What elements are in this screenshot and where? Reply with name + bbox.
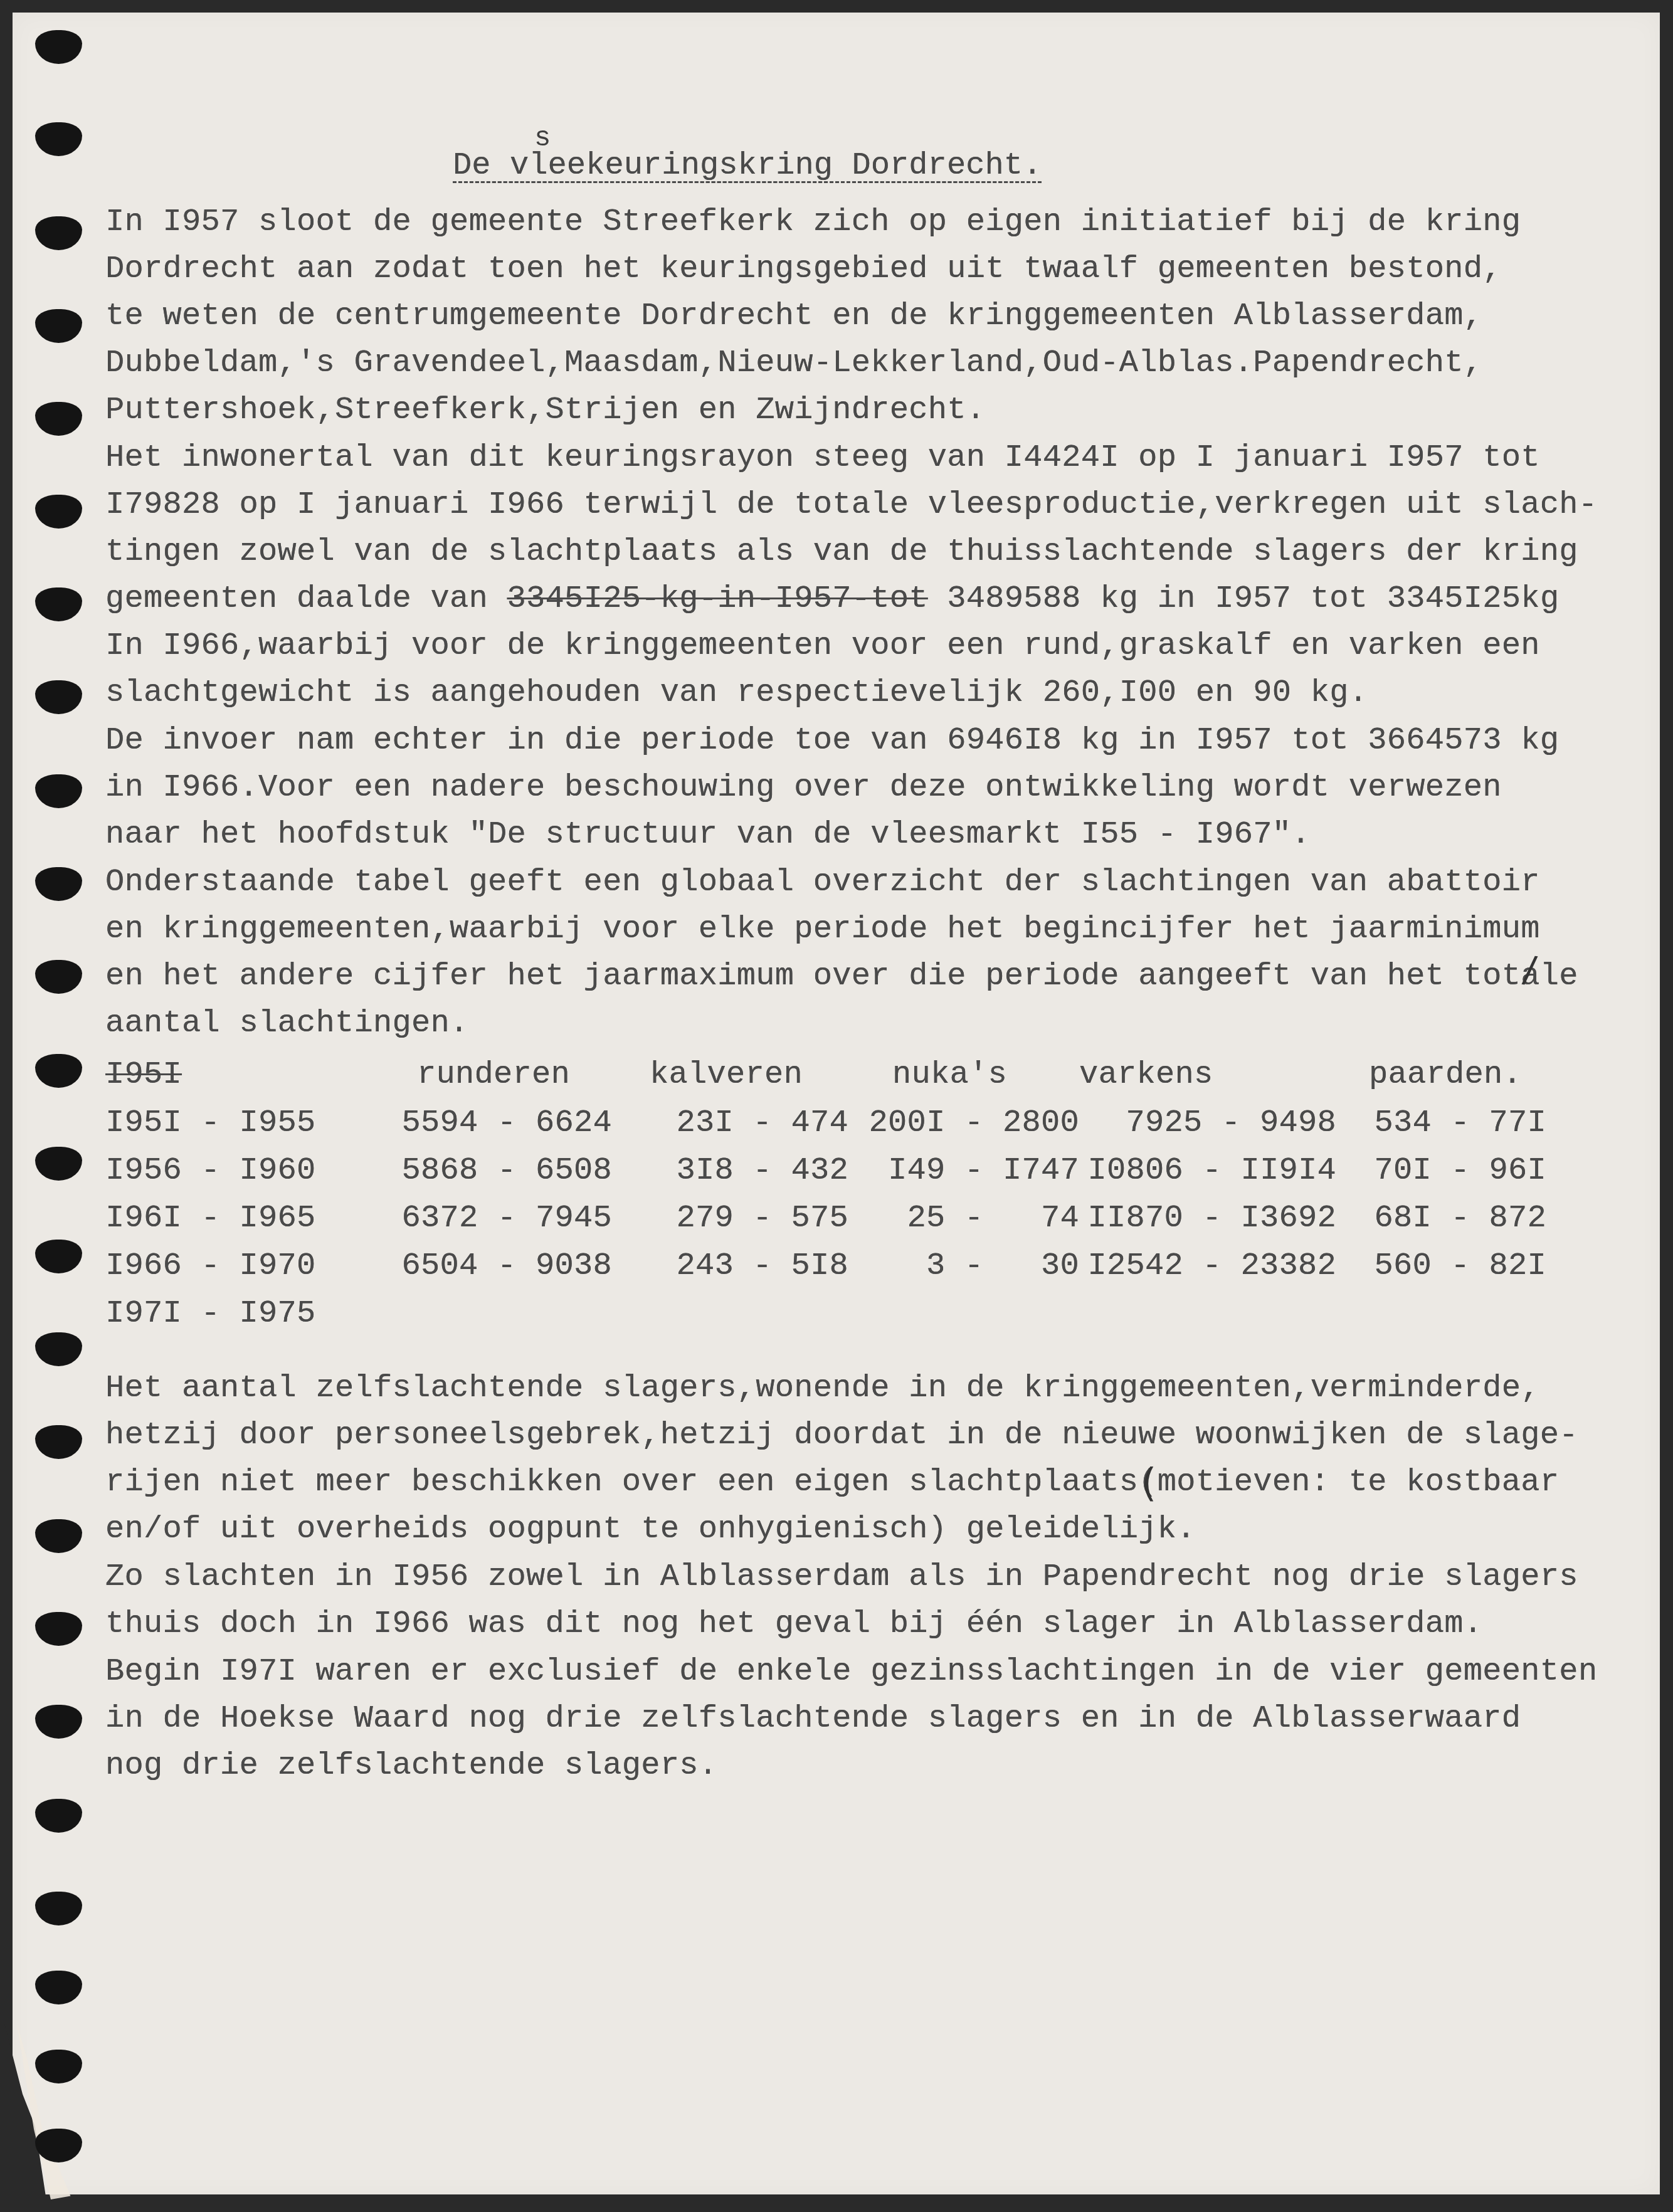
- table-cell-kalveren: 279 - 575: [620, 1203, 848, 1235]
- paper-sheet: [13, 13, 1660, 2194]
- p1-line: Dubbeldam,'s Gravendeel,Maasdam,Nieuw-Le…: [105, 348, 1482, 380]
- table-cell-nukas: 3 - 30: [845, 1251, 1079, 1283]
- table-row: I95I - I9555594 - 662423I - 474200I - 28…: [105, 1108, 1548, 1145]
- p2-line: In I966,waarbij voor de kringgemeenten v…: [105, 631, 1540, 663]
- table-cell-paarden: 534 - 77I: [1369, 1108, 1546, 1140]
- p1-line: Puttershoek,Streefkerk,Strijen en Zwijnd…: [105, 395, 985, 427]
- table-cell-period: I956 - I960: [105, 1156, 325, 1188]
- p7-line: Begin I97I waren er exclusief de enkele …: [105, 1656, 1597, 1688]
- table-cell-varkens: 7925 - 9498: [1079, 1108, 1336, 1140]
- table-cell-paarden: 560 - 82I: [1369, 1251, 1546, 1283]
- column-header: paarden.: [1369, 1060, 1522, 1092]
- table-header-row: I95I runderen kalveren nuka's varkens pa…: [105, 1060, 1548, 1097]
- p5-line: Het aantal zelfslachtende slagers,wonend…: [105, 1373, 1540, 1405]
- table-cell-varkens: II870 - I3692: [1079, 1203, 1336, 1235]
- p7-line: in de Hoekse Waard nog drie zelfslachten…: [105, 1704, 1521, 1735]
- column-header: varkens: [1079, 1060, 1213, 1092]
- document-body: In I957 sloot de gemeente Streefkerk zic…: [105, 0, 182, 1787]
- struck-text: 3345I25-kg-in-I957-tot: [507, 581, 928, 617]
- table-cell-period: I966 - I970: [105, 1251, 325, 1283]
- column-header: nuka's: [892, 1060, 1007, 1092]
- table-cell-runderen: 5594 - 6624: [320, 1108, 612, 1140]
- p6-line: Zo slachten in I956 zowel in Alblasserda…: [105, 1562, 1578, 1594]
- p3-line: De invoer nam echter in die periode toe …: [105, 725, 1559, 757]
- p2-text: gemeenten daalde van: [105, 581, 507, 617]
- struck-header: I95I: [105, 1060, 182, 1092]
- p2-line: I79828 op I januari I966 terwijl de tota…: [105, 490, 1597, 522]
- handwritten-paren-mark: (: [1141, 1460, 1156, 1505]
- p1-line: Dordrecht aan zodat toen het keuringsgeb…: [105, 254, 1502, 286]
- p4-line: aantal slachtingen.: [105, 1008, 469, 1040]
- p2-line: slachtgewicht is aangehouden van respect…: [105, 678, 1368, 710]
- table-cell-paarden: 70I - 96I: [1369, 1156, 1546, 1188]
- p2-text: 3489588 kg in I957 tot 3345I25kg: [928, 581, 1560, 617]
- p5-line: hetzij door personeelsgebrek,hetzij door…: [105, 1420, 1578, 1452]
- table-cell-nukas: I49 - I747: [845, 1156, 1079, 1188]
- column-header: runderen: [417, 1060, 570, 1092]
- title-correction-mark: s: [534, 123, 551, 154]
- p4-line: en kringgemeenten,waarbij voor elke peri…: [105, 914, 1540, 946]
- table-cell-runderen: 6504 - 9038: [320, 1251, 612, 1283]
- table-row: I97I - I975: [105, 1298, 1548, 1336]
- p7-line: nog drie zelfslachtende slagers.: [105, 1751, 717, 1783]
- table-cell-paarden: 68I - 872: [1369, 1203, 1546, 1235]
- table-row: I966 - I9706504 - 9038243 - 5I83 - 30I25…: [105, 1251, 1548, 1288]
- table-row: I96I - I9656372 - 7945279 - 57525 - 74II…: [105, 1203, 1548, 1241]
- table-cell-varkens: I0806 - II9I4: [1079, 1156, 1336, 1188]
- p2-line-with-strike: gemeenten daalde van 3345I25-kg-in-I957-…: [105, 584, 1559, 616]
- p4-line: en het andere cijfer het jaarmaximum ove…: [105, 961, 1578, 993]
- p4-line: Onderstaande tabel geeft een globaal ove…: [105, 867, 1540, 899]
- p1-line: In I957 sloot de gemeente Streefkerk zic…: [105, 207, 1521, 239]
- p3-line: naar het hoofdstuk "De structuur van de …: [105, 819, 1311, 851]
- column-header: kalveren: [650, 1060, 803, 1092]
- p2-line: tingen zowel van de slachtplaats als van…: [105, 537, 1578, 569]
- p2-line: Het inwonertal van dit keuringsrayon ste…: [105, 443, 1540, 475]
- table-cell-varkens: I2542 - 23382: [1079, 1251, 1336, 1283]
- table-cell-kalveren: 3I8 - 432: [620, 1156, 848, 1188]
- table-cell-runderen: 6372 - 7945: [320, 1203, 612, 1235]
- table-cell-period: I96I - I965: [105, 1203, 325, 1235]
- p5-line: rijen niet meer beschikken over een eige…: [105, 1467, 1559, 1499]
- p3-line: in I966.Voor een nadere beschouwing over…: [105, 772, 1502, 804]
- table-cell-kalveren: 23I - 474: [620, 1108, 848, 1140]
- table-cell-nukas: 25 - 74: [845, 1203, 1079, 1235]
- p5-line: en/of uit overheids oogpunt te onhygieni…: [105, 1514, 1196, 1546]
- p1-line: te weten de centrumgemeente Dordrecht en…: [105, 301, 1482, 333]
- p6-line: thuis doch in I966 was dit nog het geval…: [105, 1609, 1482, 1641]
- table-cell-runderen: 5868 - 6508: [320, 1156, 612, 1188]
- table-cell-period: I97I - I975: [105, 1298, 325, 1330]
- table-row: I956 - I9605868 - 65083I8 - 432I49 - I74…: [105, 1156, 1548, 1193]
- slaughter-table: I95I runderen kalveren nuka's varkens pa…: [105, 1036, 182, 1215]
- table-cell-kalveren: 243 - 5I8: [620, 1251, 848, 1283]
- table-cell-period: I95I - I955: [105, 1108, 325, 1140]
- table-cell-nukas: 200I - 2800: [845, 1108, 1079, 1140]
